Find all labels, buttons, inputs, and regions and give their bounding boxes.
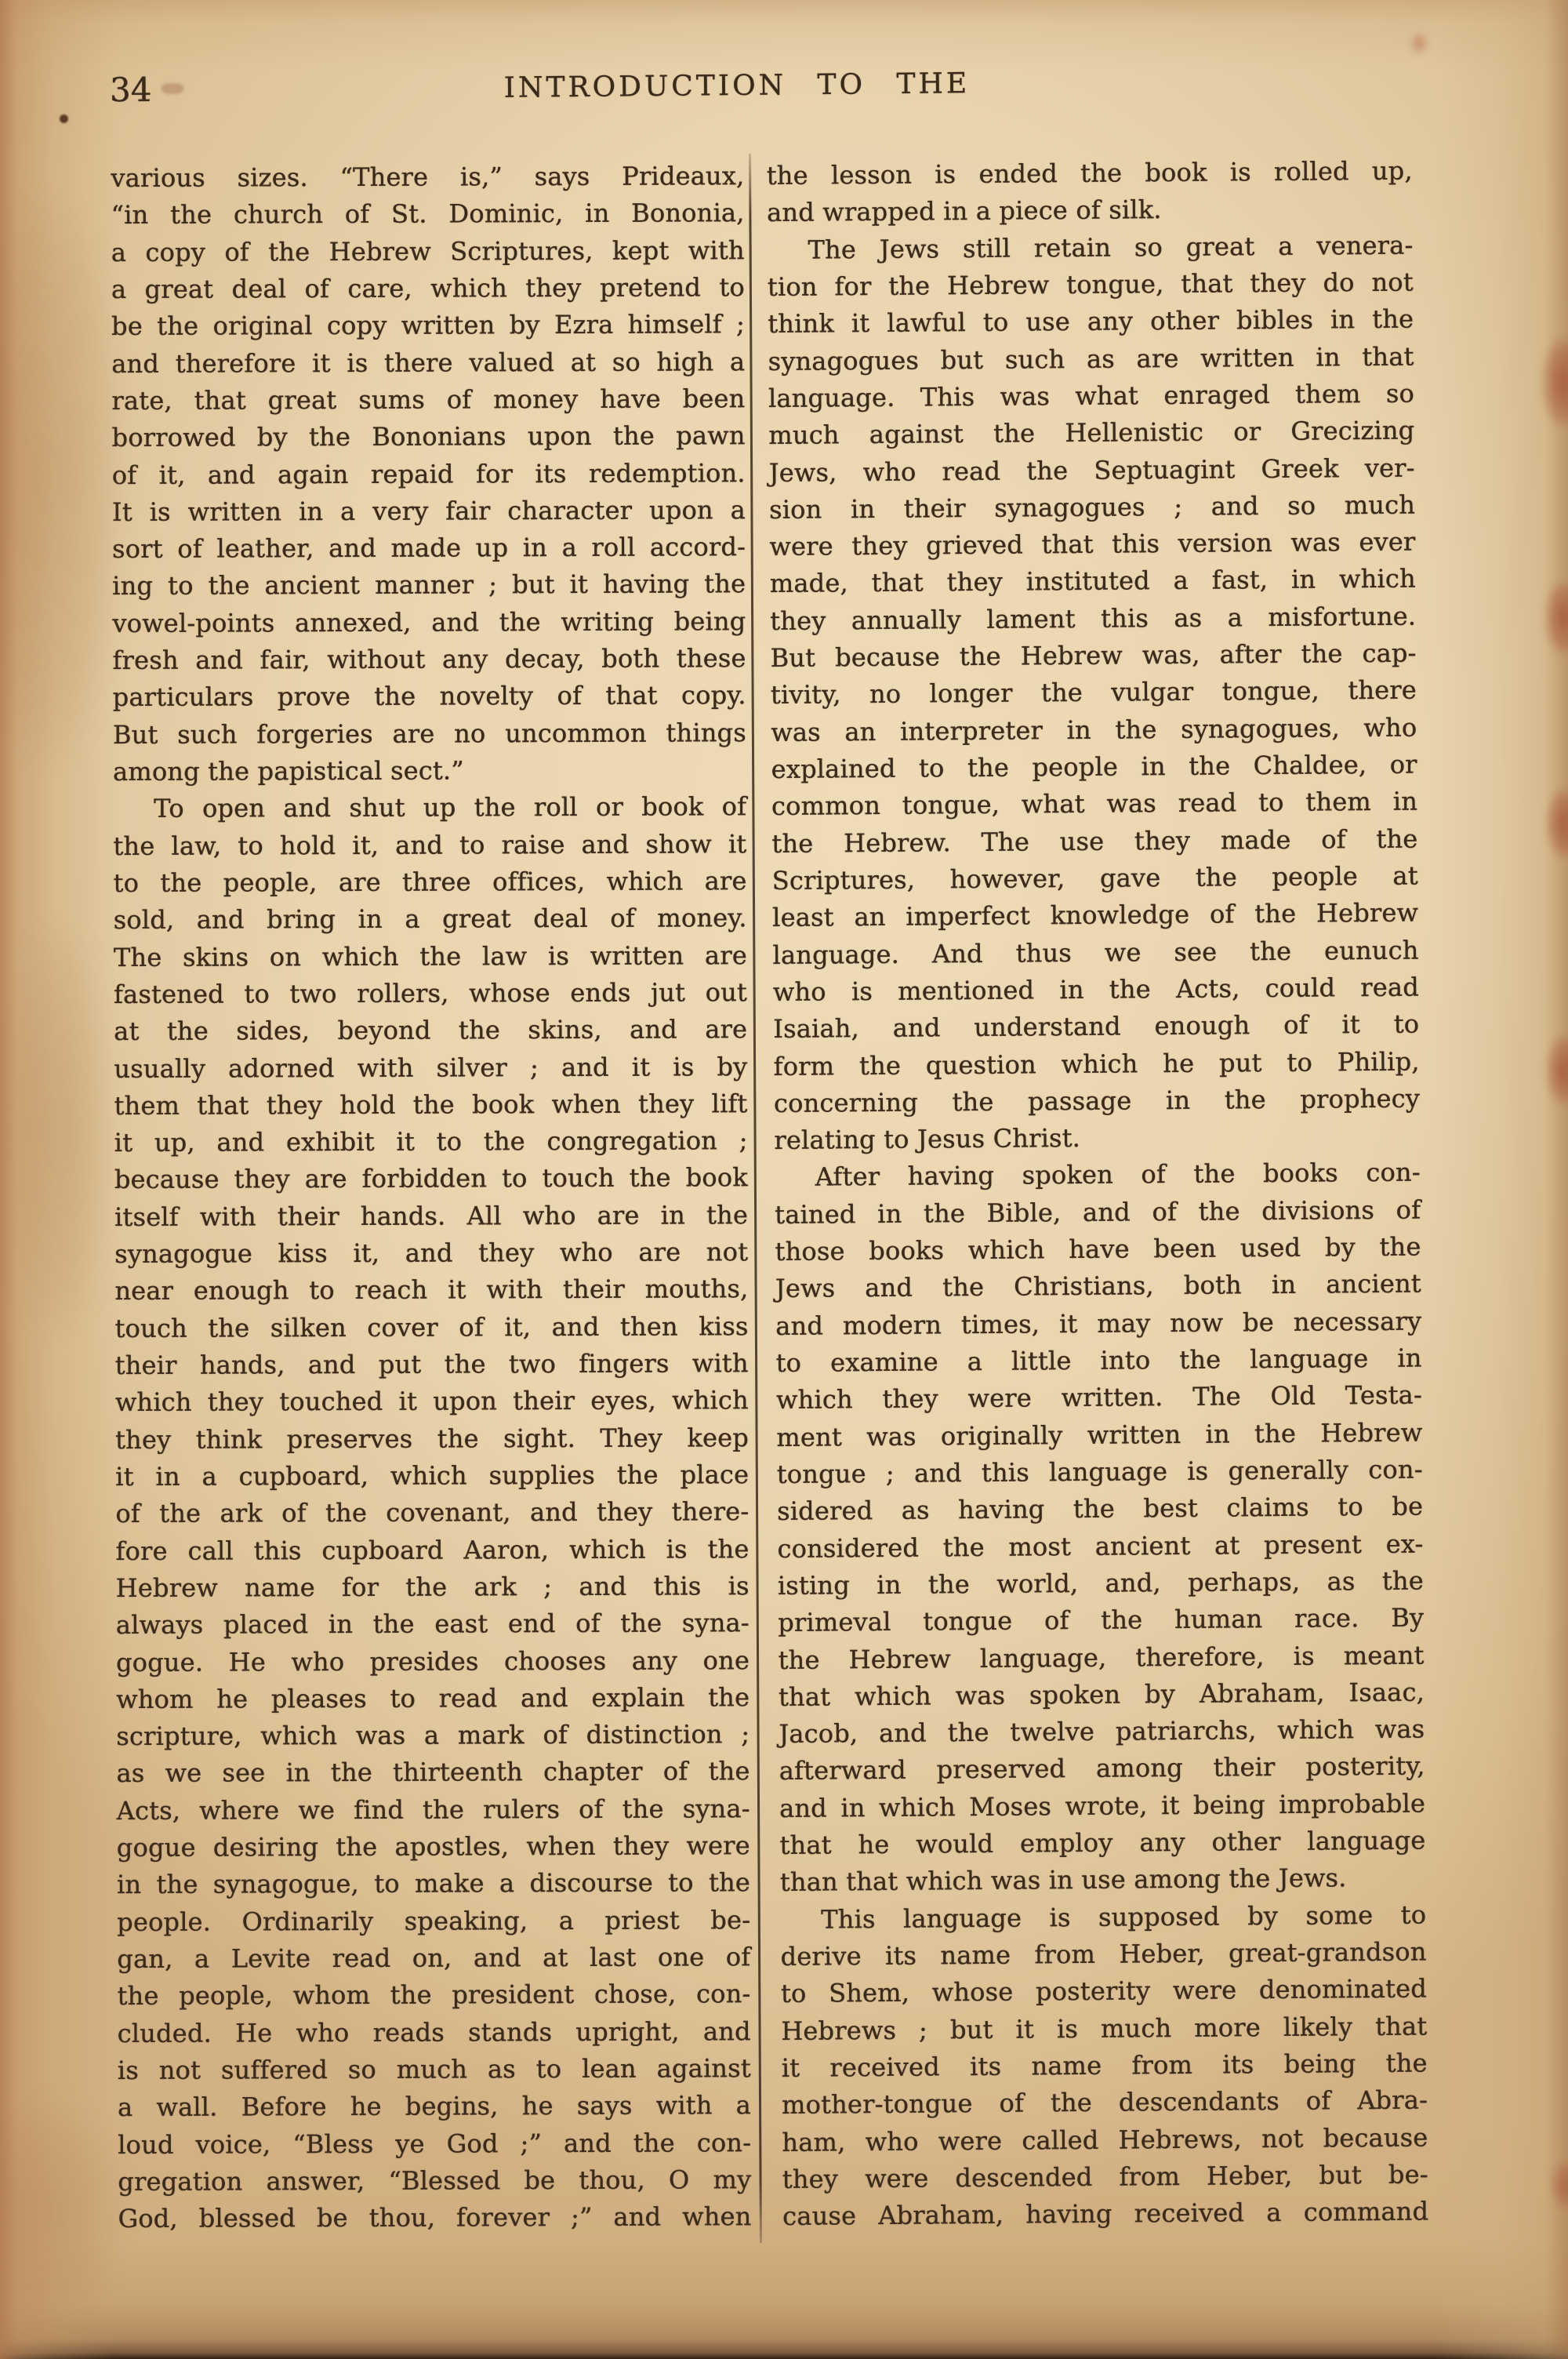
text-line: loud voice, “Bless ye God ;” and the con… <box>118 2125 751 2164</box>
text-line: of it, and again repaid for its redempti… <box>112 455 746 494</box>
column-left-lines: various sizes. “There is,” says Prideaux… <box>111 158 751 2237</box>
text-line: synagogues but such as are written in th… <box>768 338 1414 380</box>
text-line: than that which was in use among the Jew… <box>780 1859 1426 1902</box>
column-right-lines: the lesson is ended the book is rolled u… <box>767 153 1429 2236</box>
text-line: This language is supposed by some to <box>780 1896 1426 1939</box>
ink-speck <box>1411 33 1427 53</box>
text-line: scripture, which was a mark of distincti… <box>116 1716 750 1755</box>
text-line: sort of leather, and made up in a roll a… <box>112 529 746 568</box>
text-line: particulars prove the novelty of that co… <box>113 678 746 717</box>
text-line: ment was originally written in the Hebre… <box>776 1414 1422 1456</box>
margin-stain <box>8 925 110 1333</box>
text-line: sidered as having the best claims to be <box>777 1488 1423 1531</box>
text-line: they annually lament this as a misfortun… <box>770 598 1416 640</box>
text-line: gregation answer, “Blessed be thou, O my <box>118 2161 751 2201</box>
text-line: relating to Jesus Christ. <box>774 1118 1420 1160</box>
text-line: to Shem, whose posterity were denominate… <box>781 1971 1427 2013</box>
text-line: borrowed by the Bononians upon the pawn <box>112 417 746 456</box>
text-line: It is written in a very fair character u… <box>112 492 746 531</box>
text-line: derive its name from Heber, great-grands… <box>780 1933 1426 1976</box>
page-number: 34 <box>110 74 152 107</box>
text-line: it in a cupboard, which supplies the pla… <box>115 1456 749 1496</box>
text-line: isting in the world, and, perhaps, as th… <box>778 1562 1424 1605</box>
text-line: at the sides, beyond the skins, and are <box>114 1011 747 1050</box>
text-line: the Hebrew. The use they made of the <box>771 820 1417 863</box>
margin-stain <box>0 196 125 761</box>
text-line: be the original copy written by Ezra him… <box>111 306 745 345</box>
text-line: cluded. He who reads stands upright, and <box>118 2013 751 2052</box>
text-line: sold, and bring in a great deal of money… <box>114 900 747 939</box>
text-line: their hands, and put the two fingers wit… <box>115 1345 749 1384</box>
text-line: “in the church of St. Dominic, in Bononi… <box>111 194 745 234</box>
text-line: But such forgeries are no uncommon thing… <box>113 714 746 754</box>
text-line: rate, that great sums of money have been <box>111 380 745 420</box>
column-divider-rule <box>749 154 762 2243</box>
text-line: who is mentioned in the Acts, could read <box>773 969 1419 1011</box>
text-line: sion in their synagogues ; and so much <box>769 486 1415 529</box>
text-line: gogue desiring the apostles, when they w… <box>117 1827 750 1866</box>
fore-edge-stain <box>1544 580 1568 655</box>
text-line: that he would employ any other language <box>779 1823 1425 1865</box>
text-line: language. This was what enraged them so <box>768 375 1414 417</box>
text-line: is not suffered so much as to lean again… <box>118 2050 751 2089</box>
text-line: Isaiah, and understand enough of it to <box>773 1006 1419 1049</box>
text-line: in the synagogue, to make a discourse to… <box>117 1865 750 1904</box>
text-line: whom he pleases to read and explain the <box>116 1679 750 1718</box>
text-line: it up, and exhibit it to the congregatio… <box>114 1122 748 1161</box>
text-line: common tongue, what was read to them in <box>771 783 1417 826</box>
text-line: was an interpreter in the synagogues, wh… <box>771 709 1417 751</box>
text-line: they were descended from Heber, but be- <box>782 2156 1428 2198</box>
text-line: gogue. He who presides chooses any one <box>116 1642 750 1681</box>
text-line: and modern times, it may now be necessar… <box>775 1303 1421 1345</box>
text-line: Acts, where we find the rulers of the sy… <box>117 1790 750 1830</box>
text-line: ham, who were called Hebrews, not becaus… <box>782 2119 1428 2161</box>
text-line: the Hebrew language, therefore, is meant <box>778 1637 1424 1679</box>
text-line: form the question which he put to Philip… <box>774 1043 1420 1085</box>
text-line: The Jews still retain so great a venera- <box>767 227 1413 269</box>
text-line: ing to the ancient manner ; but it havin… <box>112 566 746 605</box>
text-line: To open and shut up the roll or book of <box>113 788 746 827</box>
text-line: After having spoken of the books con- <box>775 1154 1421 1197</box>
text-line: mother-tongue of the descendants of Abra… <box>782 2082 1428 2125</box>
text-line: various sizes. “There is,” says Prideaux… <box>111 158 744 197</box>
text-line: tivity, no longer the vulgar tongue, the… <box>771 672 1417 714</box>
text-line: touch the silken cover of it, and then k… <box>114 1308 748 1347</box>
text-line: a great deal of care, which they pretend… <box>111 269 745 308</box>
text-line: that which was spoken by Abraham, Isaac, <box>779 1674 1425 1716</box>
text-line: explained to the people in the Chaldee, … <box>771 747 1417 789</box>
text-line: Scriptures, however, gave the people at <box>772 857 1418 900</box>
text-line: much against the Hellenistic or Grecizin… <box>768 413 1414 455</box>
text-line: them that they hold the book when they l… <box>114 1085 748 1125</box>
text-line: the law, to hold it, and to raise and sh… <box>113 826 746 865</box>
text-line: to examine a little into the language in <box>775 1340 1421 1383</box>
text-line: among the papistical sect.” <box>113 751 746 791</box>
fore-edge-stain <box>1541 337 1568 427</box>
text-line: God, blessed be thou, forever ;” and whe… <box>118 2198 751 2237</box>
text-line: and wrapped in a piece of silk. <box>767 190 1413 232</box>
text-line: it received its name from its being the <box>782 2045 1428 2087</box>
corner-stain <box>0 2102 118 2321</box>
text-line: tained in the Bible, and of the division… <box>775 1191 1421 1234</box>
text-line: itself with their hands. All who are in … <box>114 1197 748 1236</box>
text-line: afterward preserved among their posterit… <box>779 1748 1425 1790</box>
running-header: INTRODUCTION TO THE <box>408 69 1066 104</box>
text-line: considered the most ancient at present e… <box>777 1525 1423 1568</box>
text-line: a wall. Before he begins, he says with a <box>118 2087 751 2126</box>
text-line: which they were written. The Old Testa- <box>776 1377 1422 1419</box>
text-line: tion for the Hebrew tongue, that they do… <box>768 264 1414 307</box>
text-line: a copy of the Hebrew Scriptures, kept wi… <box>111 232 745 271</box>
text-line: language. And thus we see the eunuch <box>772 932 1418 974</box>
text-line: Jews and the Christians, both in ancient <box>775 1266 1421 1308</box>
text-line: least an imperfect knowledge of the Hebr… <box>772 895 1418 937</box>
column-right: the lesson is ended the book is rolled u… <box>767 153 1429 2236</box>
text-line: were they grieved that this version was … <box>769 524 1415 566</box>
text-line: primeval tongue of the human race. By <box>778 1600 1424 1642</box>
text-line: fresh and fair, without any decay, both … <box>113 640 746 679</box>
text-line: which they touched it upon their eyes, w… <box>115 1382 749 1421</box>
fore-edge-stain <box>1546 788 1568 859</box>
book-page-scan: 34 INTRODUCTION TO THE various sizes. “T… <box>0 0 1568 2359</box>
text-line: always placed in the east end of the syn… <box>116 1605 750 1644</box>
text-line: because they are forbidden to touch the … <box>114 1160 748 1199</box>
paper-speck <box>60 114 68 123</box>
text-line: and therefore it is there valued at so h… <box>111 343 745 383</box>
text-line: of the ark of the covenant, and they the… <box>115 1493 749 1532</box>
text-line: But because the Hebrew was, after the ca… <box>770 635 1416 678</box>
text-line: they think preserves the sight. They kee… <box>115 1419 749 1459</box>
text-line: the lesson is ended the book is rolled u… <box>767 153 1413 195</box>
text-line: the people, whom the president chose, co… <box>117 1976 750 2015</box>
text-line: those books which have been used by the <box>775 1229 1421 1271</box>
text-line: near enough to reach it with their mouth… <box>114 1271 748 1310</box>
text-line: vowel-points annexed, and the writing be… <box>112 603 746 642</box>
text-line: fore call this cupboard Aaron, which is … <box>115 1531 749 1570</box>
column-left: various sizes. “There is,” says Prideaux… <box>111 158 751 2237</box>
text-line: people. Ordinarily speaking, a priest be… <box>117 1902 750 1941</box>
pencil-mark <box>162 83 183 94</box>
text-line: usually adorned with silver ; and it is … <box>114 1049 747 1088</box>
fore-edge-stain <box>1551 2161 1568 2209</box>
text-line: gan, a Levite read on, and at last one o… <box>117 1939 750 1978</box>
text-line: The skins on which the law is written ar… <box>114 937 747 976</box>
text-line: to the people, are three offices, which … <box>114 863 747 902</box>
text-line: Jacob, and the twelve patriarchs, which … <box>779 1711 1425 1754</box>
text-line: concerning the passage in the prophecy <box>774 1080 1420 1122</box>
text-line: as we see in the thirteenth chapter of t… <box>116 1754 750 1793</box>
text-line: Hebrew name for the ark ; and this is <box>116 1568 750 1607</box>
text-line: and in which Moses wrote, it being impro… <box>779 1785 1425 1827</box>
text-line: think it lawful to use any other bibles … <box>768 301 1414 343</box>
fore-edge-stain <box>1546 1035 1568 1106</box>
text-line: Hebrews ; but it is much more likely tha… <box>781 2008 1427 2050</box>
text-line: tongue ; and this language is generally … <box>777 1451 1423 1493</box>
text-line: made, that they instituted a fast, in wh… <box>770 561 1416 603</box>
text-line: synagogue kiss it, and they who are not <box>114 1234 748 1273</box>
text-line: cause Abraham, having received a command <box>782 2194 1428 2236</box>
text-line: Jews, who read the Septuagint Greek ver- <box>769 449 1415 492</box>
text-line: fastened to two rollers, whose ends jut … <box>114 974 747 1013</box>
